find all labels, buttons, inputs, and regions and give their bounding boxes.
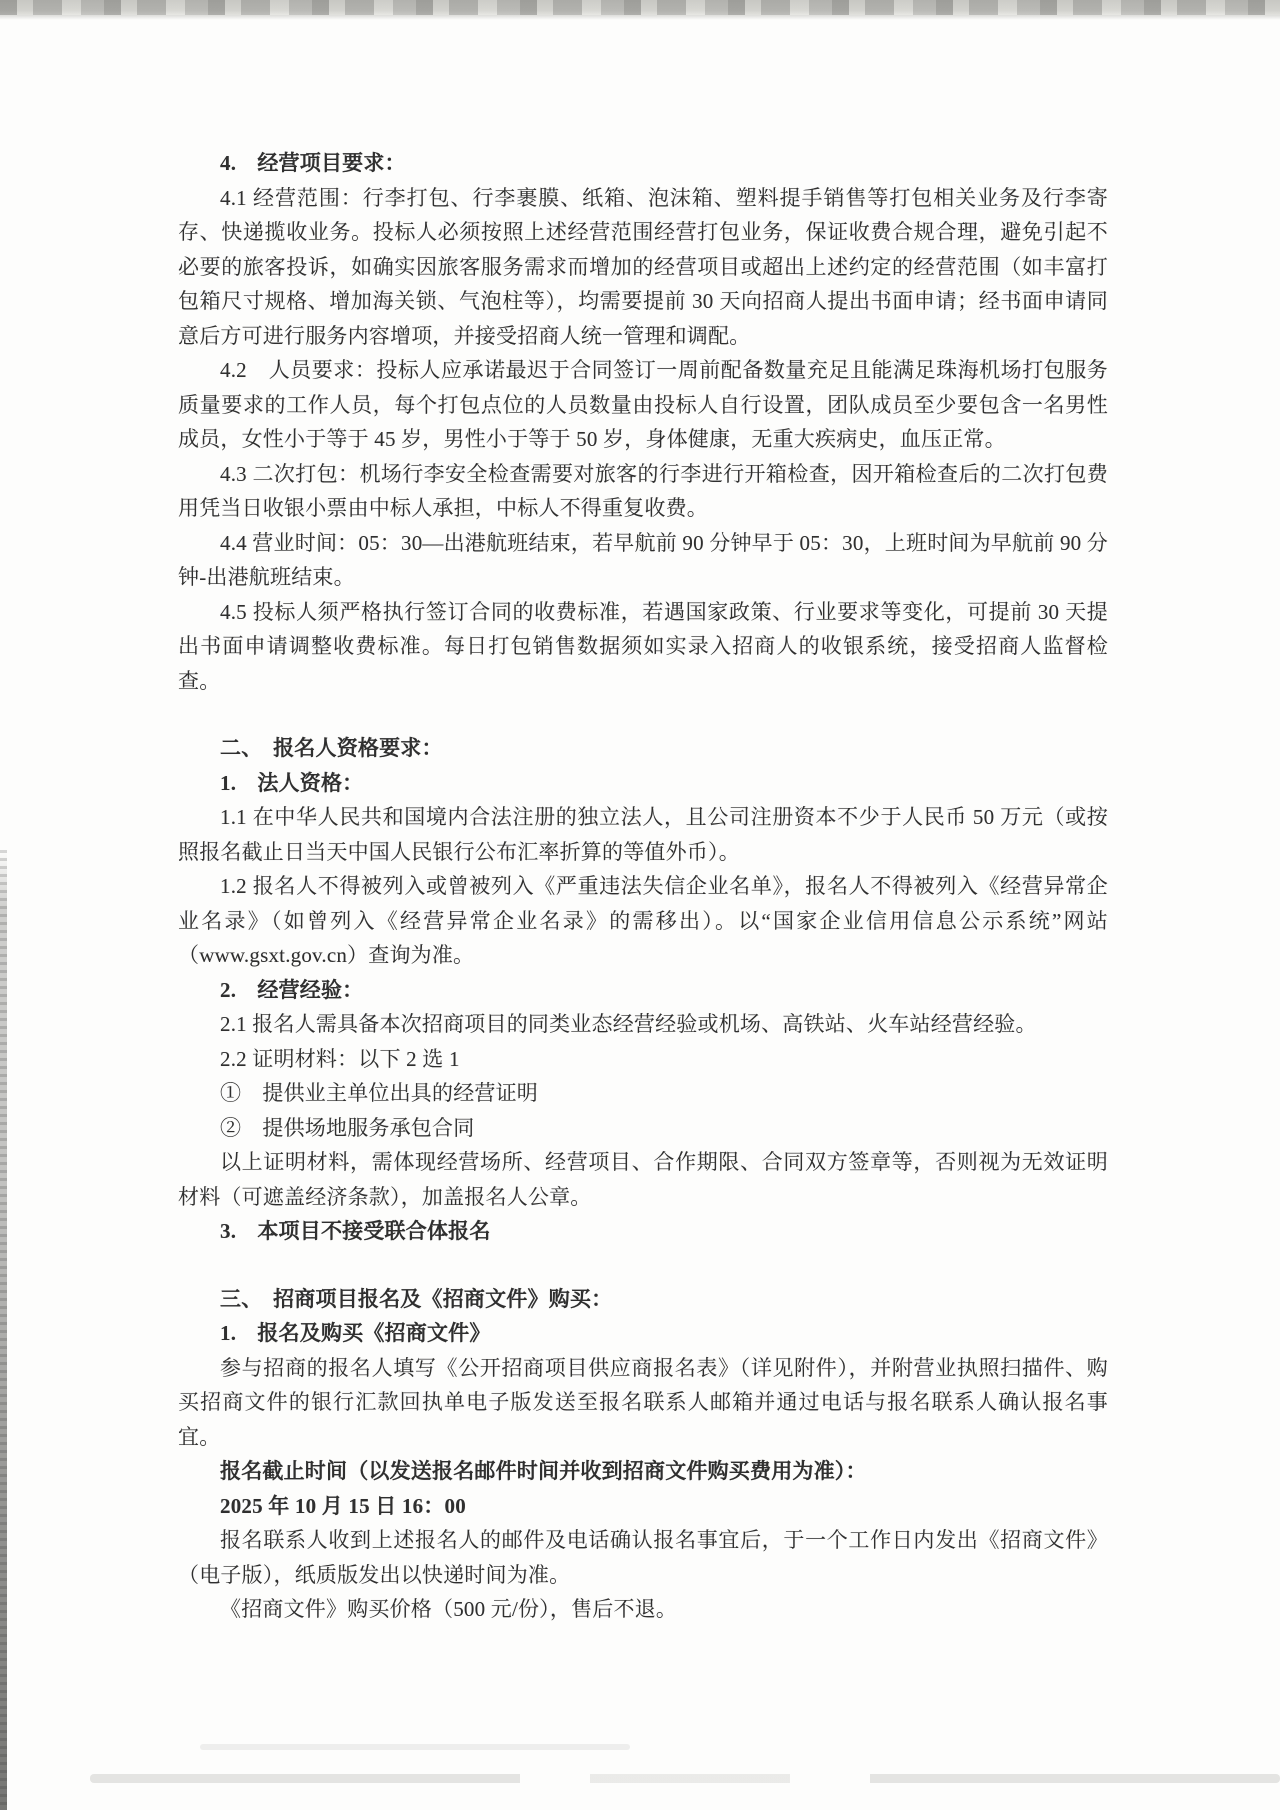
proof-note: 以上证明材料，需体现经营场所、经营项目、合作期限、合同双方签章等，否则视为无效证… bbox=[178, 1145, 1108, 1214]
document-body: 4. 经营项目要求： 4.1 经营范围：行李打包、行李裹膜、纸箱、泡沫箱、塑料提… bbox=[178, 146, 1108, 1627]
issue-paragraph: 报名联系人收到上述报名人的邮件及电话确认报名事宜后，于一个工作日内发出《招商文件… bbox=[178, 1523, 1108, 1592]
clause-1-2: 1.2 报名人不得被列入或曾被列入《严重违法失信企业名单》，报名人不得被列入《经… bbox=[178, 869, 1108, 973]
item-1-heading: 1. 法人资格： bbox=[178, 766, 1108, 801]
scan-artifact-top-edge bbox=[0, 0, 1280, 15]
clause-4-5: 4.5 投标人须严格执行签订合同的收费标准，若遇国家政策、行业要求等变化，可提前… bbox=[178, 595, 1108, 699]
deadline-date: 2025 年 10 月 15 日 16：00 bbox=[178, 1489, 1108, 1524]
option-2: ② 提供场地服务承包合同 bbox=[178, 1111, 1108, 1146]
clause-4-3: 4.3 二次打包：机场行李安全检查需要对旅客的行李进行开箱检查，因开箱检查后的二… bbox=[178, 457, 1108, 526]
clause-1-1: 1.1 在中华人民共和国境内合法注册的独立法人，且公司注册资本不少于人民币 50… bbox=[178, 800, 1108, 869]
price-paragraph: 《招商文件》购买价格（500 元/份），售后不退。 bbox=[178, 1592, 1108, 1627]
clause-2-2: 2.2 证明材料：以下 2 选 1 bbox=[178, 1042, 1108, 1077]
section-2-heading: 二、 报名人资格要求： bbox=[178, 731, 1108, 766]
scan-artifact-left-edge bbox=[0, 850, 7, 1810]
clause-4-4: 4.4 营业时间：05：30—出港航班结束，若早航前 90 分钟早于 05：30… bbox=[178, 526, 1108, 595]
item-2-heading: 2. 经营经验： bbox=[178, 973, 1108, 1008]
scanned-document-page: 4. 经营项目要求： 4.1 经营范围：行李打包、行李裹膜、纸箱、泡沫箱、塑料提… bbox=[0, 0, 1280, 1810]
option-1: ① 提供业主单位出具的经营证明 bbox=[178, 1076, 1108, 1111]
clause-4-1: 4.1 经营范围：行李打包、行李裹膜、纸箱、泡沫箱、塑料提手销售等打包相关业务及… bbox=[178, 181, 1108, 354]
item-3-1-heading: 1. 报名及购买《招商文件》 bbox=[178, 1316, 1108, 1351]
section-3-heading: 三、 招商项目报名及《招商文件》购买： bbox=[178, 1282, 1108, 1317]
clause-2-1: 2.1 报名人需具备本次招商项目的同类业态经营经验或机场、高铁站、火车站经营经验… bbox=[178, 1007, 1108, 1042]
signup-paragraph: 参与招商的报名人填写《公开招商项目供应商报名表》（详见附件），并附营业执照扫描件… bbox=[178, 1351, 1108, 1455]
deadline-heading: 报名截止时间（以发送报名邮件时间并收到招商文件购买费用为准）： bbox=[178, 1454, 1108, 1489]
clause-4-2: 4.2 人员要求：投标人应承诺最迟于合同签订一周前配备数量充足且能满足珠海机场打… bbox=[178, 353, 1108, 457]
section-4-heading: 4. 经营项目要求： bbox=[178, 146, 1108, 181]
item-3-heading: 3. 本项目不接受联合体报名 bbox=[178, 1214, 1108, 1249]
scan-artifact-smudge bbox=[200, 1744, 630, 1750]
scan-artifact-bottom-smudge bbox=[90, 1774, 1280, 1783]
